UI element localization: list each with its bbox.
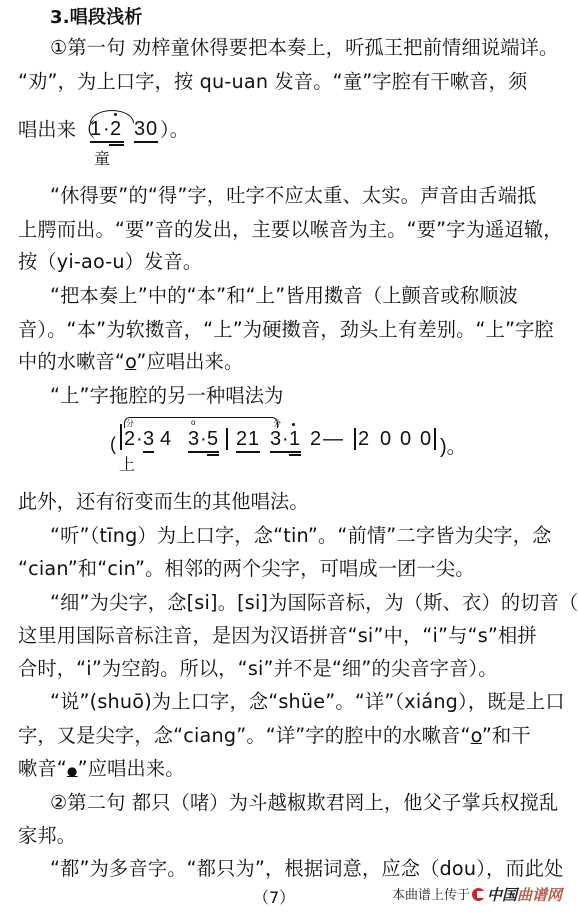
grace-mark: o xyxy=(191,419,195,427)
paragraph-line: 家邦。 xyxy=(18,824,76,848)
logo-icon xyxy=(472,888,485,901)
note: 0 xyxy=(380,428,391,450)
note: 2 xyxy=(236,428,247,450)
grace-mark: 分 xyxy=(273,420,281,428)
text: ”应唱出来。 xyxy=(136,350,243,373)
text: ”应唱出来。 xyxy=(78,757,185,780)
note: 3 xyxy=(134,118,145,140)
paragraph-line: ）。 xyxy=(160,118,189,142)
barline xyxy=(354,428,356,450)
text: ”和干 xyxy=(482,724,531,747)
logo-text-2: 曲谱网 xyxy=(517,886,562,904)
slur-arc xyxy=(124,417,278,428)
page-number: （7） xyxy=(253,885,295,908)
note-dot: · xyxy=(282,428,289,450)
paragraph-line: “听”（tīng）为上口字，念“tin”。“前情”二字皆为尖字，念 xyxy=(50,524,552,548)
watermark-text: 本曲谱上传于 xyxy=(392,884,470,903)
underline-double xyxy=(289,454,301,456)
note: 1 xyxy=(248,428,259,450)
high-octave-dot xyxy=(292,423,295,426)
paragraph-line: 按（yi-ao-u）发音。 xyxy=(18,250,202,274)
note: 4 xyxy=(160,428,171,450)
paragraph-line: 字，又是尖字，念“ciang”。“详”字的腔中的水嗽音“o”和干 xyxy=(18,724,531,748)
note: 2 xyxy=(310,428,321,450)
paragraph-line: 嗽音“●”应唱出来。 xyxy=(18,757,185,783)
underline-double xyxy=(109,144,124,146)
paragraph-line: “劝”，为上口字，按 qu-uan 发音。“童”字腔有干嗽音，须 xyxy=(18,70,527,94)
paragraph-line: ①第一句 劝梓童休得要把本奏上，听孤王把前情细说端详。 xyxy=(50,36,558,60)
note-dot: · xyxy=(103,118,110,140)
site-logo: 中国曲谱网 xyxy=(472,884,562,905)
note: 3 xyxy=(270,428,281,450)
barline xyxy=(120,424,122,450)
high-octave-dot xyxy=(114,113,117,116)
underline xyxy=(143,451,154,453)
section-heading: 3.唱段浅析 xyxy=(50,6,143,30)
paragraph-line: “都”为多音字。“都只为”，根据词意，应念（dou），而此处 xyxy=(50,857,564,881)
underline-double xyxy=(207,454,219,456)
paragraph-line: “cian”和“cin”。相邻的两个尖字，可唱成一团一尖。 xyxy=(18,557,475,581)
note: 2 xyxy=(358,428,369,450)
note: 0 xyxy=(146,118,157,140)
paragraph-line: ②第二句 都只（啫）为斗越椒欺君罔上，他父子掌兵权搅乱 xyxy=(50,791,558,815)
text: 嗽音“ xyxy=(18,757,67,780)
paragraph-line: “说”(shuō)为上口字，念“shüe”。“详”（xiáng），既是上口 xyxy=(50,690,565,714)
paragraph-line: “休得要”的“得”字，吐字不应太重、太实。声音由舌端抵 xyxy=(50,184,536,208)
note: 1 xyxy=(289,428,300,450)
lyric-char: 童 xyxy=(94,146,110,169)
paragraph-line: “上”字拖腔的另一种唱法为 xyxy=(50,384,284,408)
paragraph-line: 音）。“本”为软擞音，“上”为硬擞音，劲头上有差别。“上”字腔 xyxy=(18,318,554,342)
dash: — xyxy=(323,428,343,450)
note-dot: · xyxy=(200,428,207,450)
underline xyxy=(134,141,158,143)
note: 0 xyxy=(400,428,411,450)
note: 5 xyxy=(207,428,218,450)
note: 2 xyxy=(110,118,121,140)
paragraph-line: 中的水嗽音“o”应唱出来。 xyxy=(18,350,243,374)
document-page: 3.唱段浅析 ①第一句 劝梓童休得要把本奏上，听孤王把前情细说端详。 “劝”，为… xyxy=(0,0,578,914)
water-cough-symbol: o xyxy=(471,724,482,747)
text: 字，又是尖字，念“ciang”。“详”字的腔中的水嗽音“ xyxy=(18,724,471,747)
underline xyxy=(188,451,219,453)
note: 3 xyxy=(143,428,154,450)
barline xyxy=(434,428,436,450)
note: 2 xyxy=(124,428,135,450)
note-dot: · xyxy=(136,428,143,450)
dry-cough-symbol: ● xyxy=(67,764,78,778)
paragraph-line: “细”为尖字，念[si]。[si]为国际音标，为（斯、衣）的切音（注: xyxy=(50,591,578,615)
lyric-char: 上 xyxy=(119,452,135,475)
logo-text-1: 中国 xyxy=(487,886,517,904)
paragraph-line: 此外，还有衍变而生的其他唱法。 xyxy=(18,490,309,514)
underline xyxy=(236,451,260,453)
note: 0 xyxy=(420,428,431,450)
paragraph-line: 上腭而出。“要”音的发出，主要以喉音为主。“要”字为遥迢辙， xyxy=(18,218,563,242)
underline xyxy=(90,141,124,143)
text: 中的水嗽音“ xyxy=(18,350,125,373)
grace-mark: 分 xyxy=(126,420,134,428)
paragraph-line: 这里用国际音标注音，是因为汉语拼音“si”中，“i”与“s”相拼 xyxy=(18,624,537,648)
open-paren: ( xyxy=(110,433,116,455)
paragraph-line: “把本奏上”中的“本”和“上”皆用擞音（上颤音或称顺波 xyxy=(50,284,518,308)
note: 1 xyxy=(90,118,101,140)
paragraph-line: 合时，“i”为空韵。所以，“si”并不是“细”的尖音字音）。 xyxy=(18,657,498,681)
underline xyxy=(270,451,301,453)
water-cough-symbol: o xyxy=(125,350,136,373)
paragraph-line: 唱出来（ xyxy=(18,118,96,142)
barline xyxy=(226,428,228,450)
close-paren: )。 xyxy=(440,436,467,458)
note: 3 xyxy=(188,428,199,450)
